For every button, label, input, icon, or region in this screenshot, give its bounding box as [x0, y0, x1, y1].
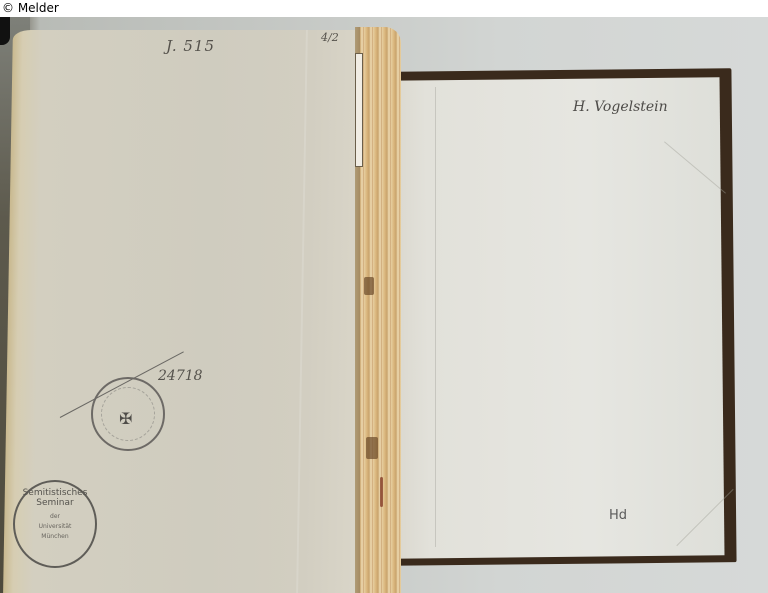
shelfmark-handwriting: J. 515	[166, 37, 215, 55]
round-library-stamp: ✠	[91, 377, 165, 451]
pencil-note: Hd	[609, 508, 627, 523]
paper-strip	[355, 53, 363, 167]
spine-damage	[380, 477, 383, 507]
stamp-line-2: Universität	[15, 522, 95, 532]
photo-credit: © Melder	[0, 0, 768, 17]
dark-corner-object	[0, 17, 10, 45]
seminar-oval-stamp: Semitistisches Seminar der Universität M…	[13, 480, 97, 568]
corner-note-handwriting: 4/2	[321, 31, 339, 44]
stamp-center-text: der Universität München	[15, 512, 95, 542]
spine-damage	[364, 277, 374, 295]
book-photograph: J. 515 4/2 24718 ✠ Semitistisches Semina…	[0, 17, 768, 593]
accession-number-handwriting: 24718	[158, 368, 203, 384]
stamp-ring-text: Semitistisches Seminar	[15, 488, 95, 508]
eagle-emblem-icon: ✠	[119, 409, 132, 428]
owner-signature: H. Vogelstein	[573, 99, 668, 115]
stamp-line-3: München	[15, 532, 95, 542]
stamp-line-1: der	[15, 512, 95, 522]
pastedown-crease	[435, 87, 436, 547]
spine-damage	[366, 437, 378, 459]
